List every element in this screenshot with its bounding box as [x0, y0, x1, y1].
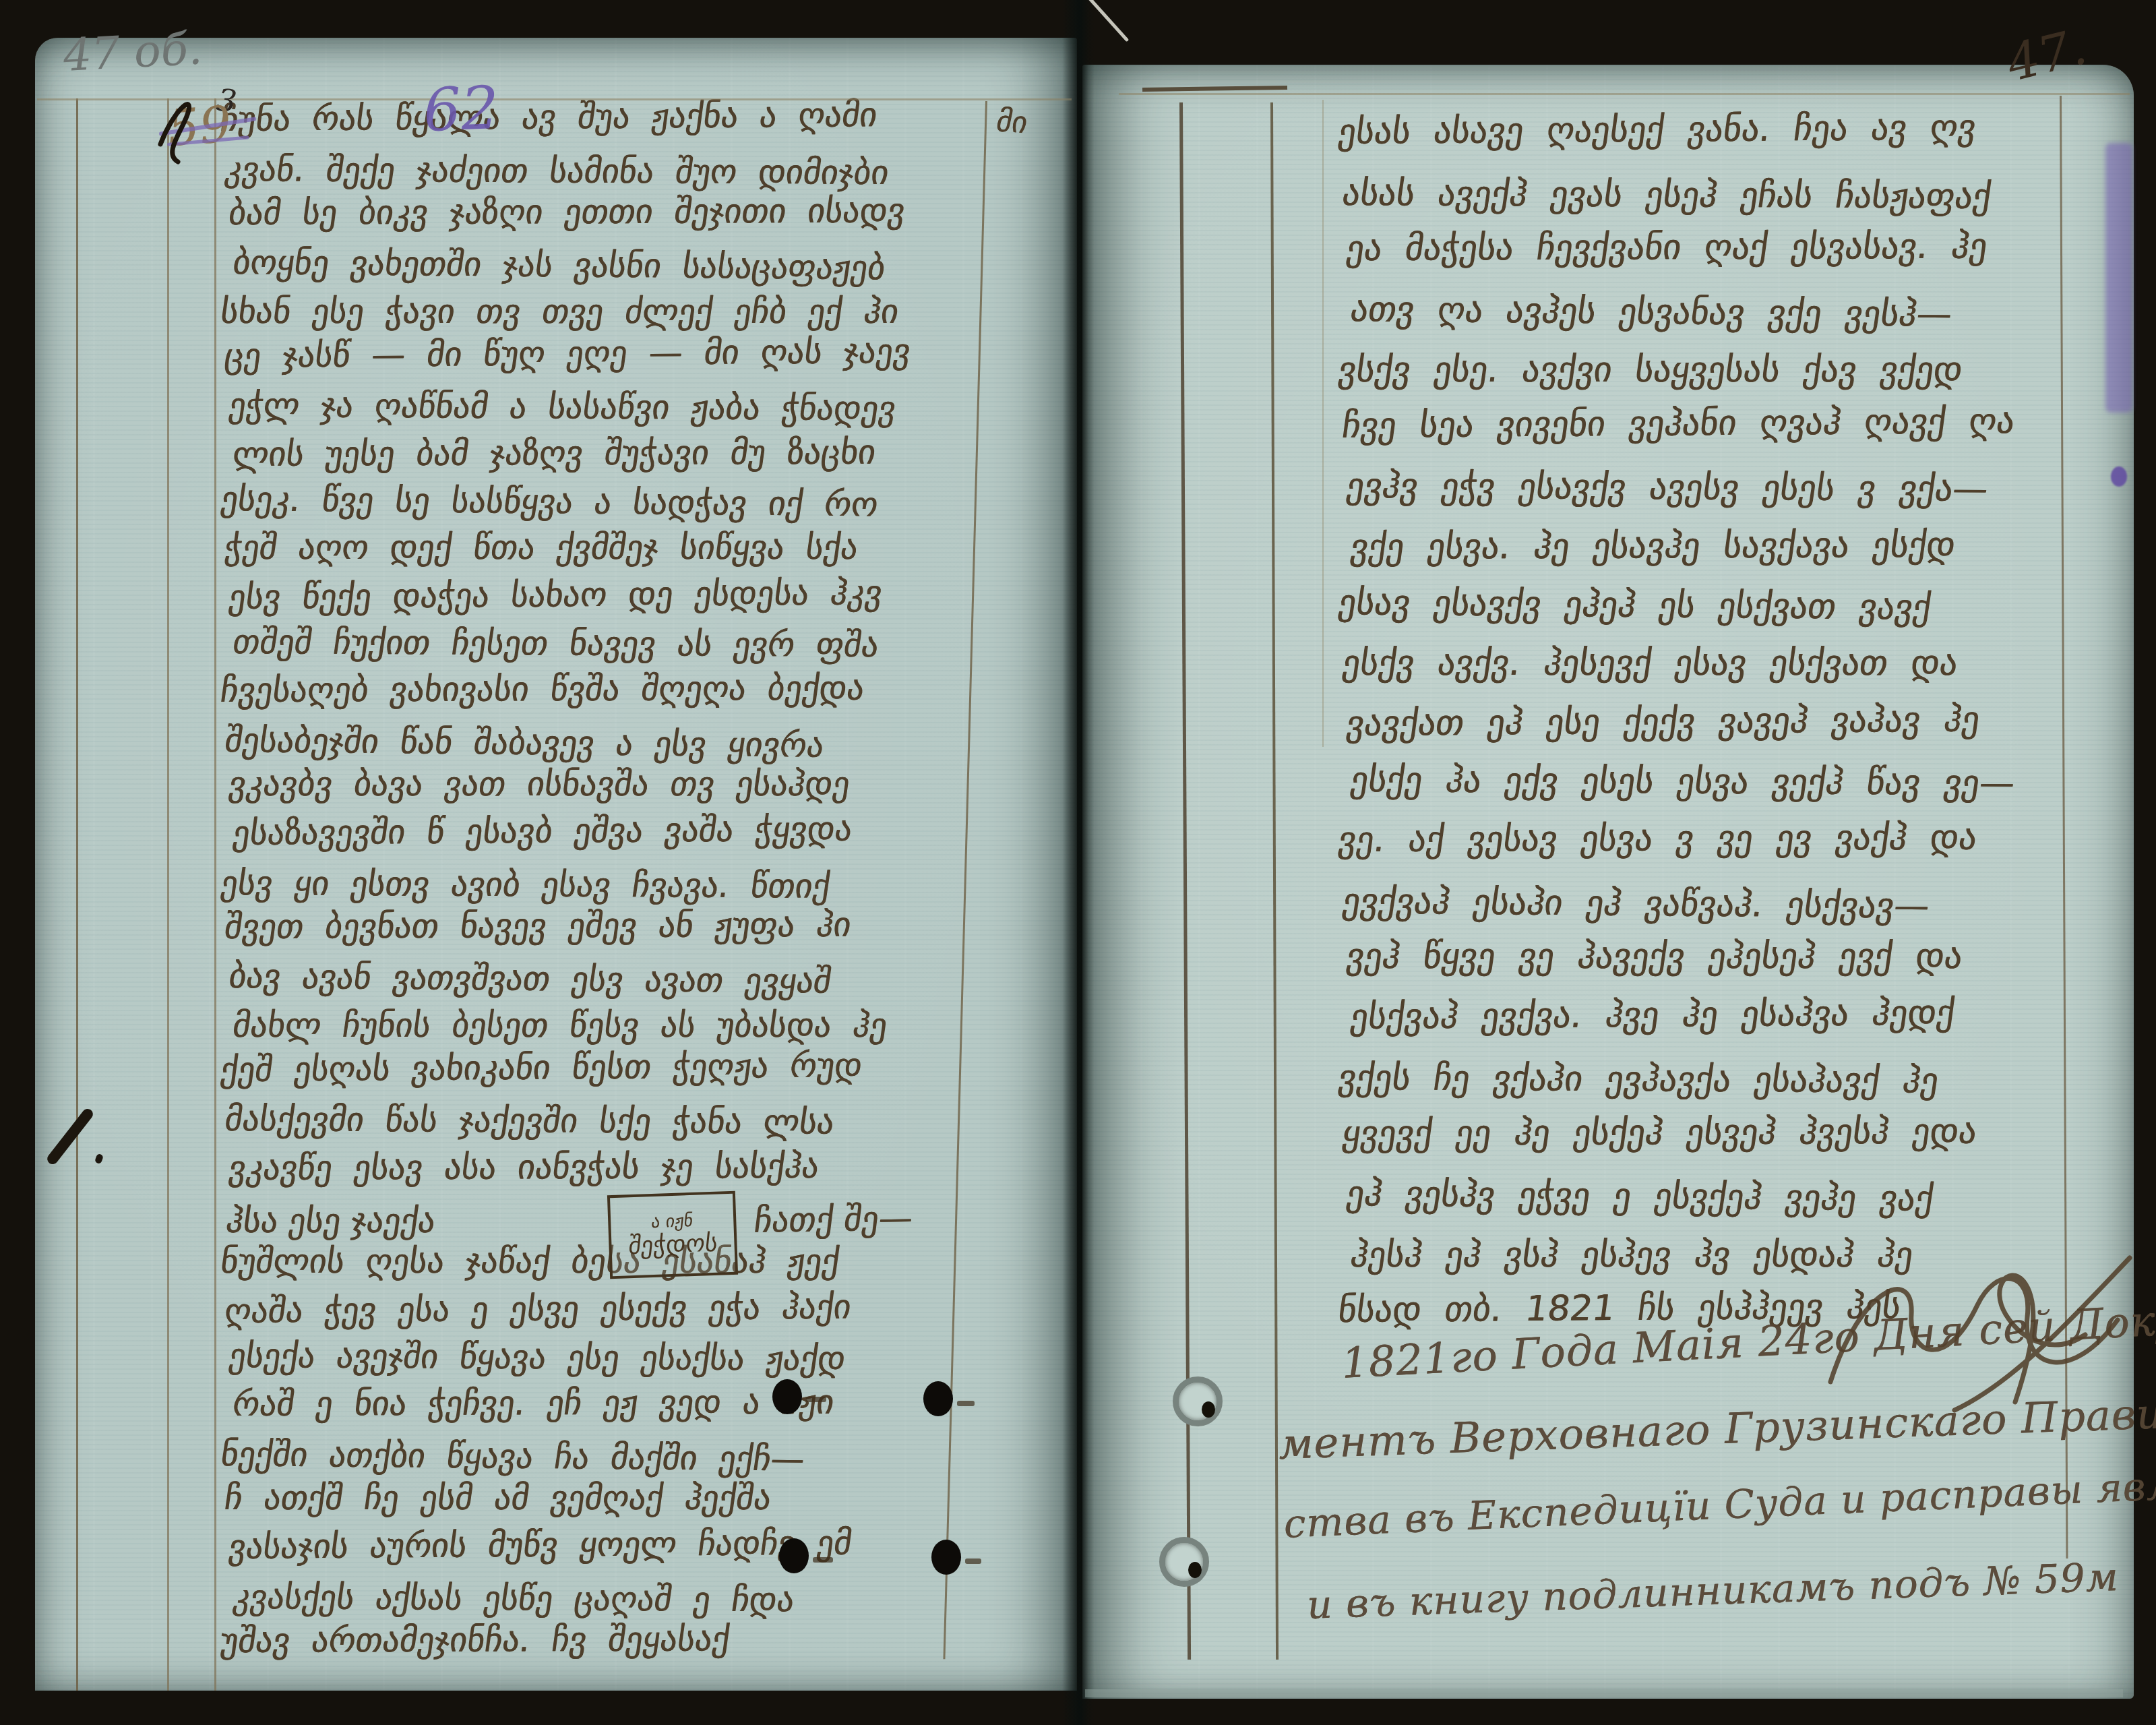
manuscript-line: ესქე ჰა ექვ ესეს ესვა ვექჰ წავ ვე—: [1348, 762, 2017, 801]
manuscript-line: ეა მაჭესა ჩევქვანი ღაქ ესვასავ. ჰე: [1344, 229, 1990, 266]
manuscript-line: ათვ ღა ავჰეს ესვანავ ვქე ვესჰ—: [1348, 292, 1954, 332]
manuscript-line: ნუშლის ღესა ჯაწაქ ბესა ესანაჰ ჟექ: [218, 1244, 842, 1278]
manuscript-line: ჩვესაღებ ვახივასი წვშა შღეღა ბექდა: [218, 671, 866, 707]
manuscript-line: ვქე ესვა. ჰე ესავჰე სავქავა ესქდ: [1348, 527, 1958, 564]
boxed-word-annotation: ა იჟნ შეჭდოს: [607, 1191, 738, 1279]
manuscript-line: ღაშა ჭევ ესა ე ესვე ესექვ ეჭა ჰაქი: [222, 1290, 853, 1328]
manuscript-line: უშავ ართამეჯინჩა. ჩვ შეყასაქ: [218, 1623, 732, 1658]
hole-smear: [806, 1397, 826, 1402]
manuscript-line: ეჭლ ჯა ღაწნამ ა სასაწვი ჟაბა ჭნადევ: [226, 388, 898, 425]
manuscript-line: ასას ავექჰ ევას ესეჰ ეჩას ჩასჟაფაქ: [1340, 176, 1993, 214]
manuscript-line: ვეჰ წყვე ვე ჰავექვ ეჰესეჰ ევქ და: [1344, 939, 1965, 974]
manuscript-line: შვეთ ბევნათ ნავევ ეშევ ან ჟუფა ჰი: [222, 908, 853, 944]
manuscript-line: ქეშ ესღას ვახიკანი წესთ ჭეღჟა რუდ: [218, 1048, 864, 1087]
manuscript-line: ესქვაჰ ევქვა. ჰვე ჰე ესაჰვა ჰედქ: [1348, 995, 1957, 1034]
hole-smear: [957, 1401, 975, 1406]
manuscript-line: სხან ესე ჭავი თვ თვე ძლექ ეჩბ ექ ჰი: [218, 295, 901, 328]
manuscript-line: ესვ წექე დაჭეა სახაო დე ესდესა ჰკვ: [226, 576, 884, 614]
manuscript-line: ბამ სე ბიკვ ჯაზღი ეთთი შეჯითი ისადვ: [226, 194, 907, 230]
punch-hole: [931, 1540, 961, 1575]
manuscript-line: მახლ ჩუნის ბესეთ წესვ ას უბასდა ჰე: [230, 1008, 890, 1042]
manuscript-line: ევჰვ ეჭვ ესავქვ ავესვ ესეს ვ ვქა—: [1344, 468, 1990, 507]
grommet-hole: [1173, 1376, 1223, 1426]
manuscript-line: ვავქათ ეჰ ესე ქექვ ვავეჰ ვაჰავ ჰე: [1344, 702, 1982, 742]
manuscript-line: ვკავწე ესავ ასა იანვჭას ჯე სასქჰა: [226, 1149, 821, 1185]
page-under-edge: [1085, 1689, 2123, 1697]
manuscript-line: ჩუნა რას წყალა ავ შუა ჟაქნა ა ღამი: [218, 98, 880, 136]
boxed-line-before: ჰსა ესე ჯაექა: [224, 1204, 437, 1238]
violet-edge-dot: [2111, 466, 2127, 487]
manuscript-line: ჩვე სეა ვივენი ვეჰანი ღვაჰ ღავქ ღა: [1340, 404, 2016, 444]
punch-hole: [779, 1538, 809, 1573]
manuscript-line: ნექში ათქბი წყავა ჩა მაქში ექჩ—: [218, 1437, 807, 1476]
book-gutter-shadow: [1062, 0, 1095, 1725]
signature-flourish: [1813, 1240, 2150, 1429]
boxed-word-main: შეჭდოს: [627, 1232, 719, 1259]
manuscript-line: ყვევქ ეე ჰე ესქეჰ ესვეჰ ჰვესჰ ედა: [1340, 1114, 1979, 1151]
manuscript-line: ესექა ავეჯში წყავა ესე ესაქსა ჟაქდ: [226, 1339, 848, 1376]
manuscript-line: ესქვ ავქვ. ჰესევქ ესავ ესქვათ და: [1340, 646, 1960, 681]
manuscript-line: ვქეს ჩე ვქაჰი ევჰავქა ესაჰავქ ჰე: [1336, 1060, 1941, 1099]
left-page: ჩუნა რას წყალა ავ შუა ჟაქნა ა ღამიკვან. …: [35, 38, 1077, 1691]
manuscript-line: კვასქეს აქსას ესწე ცაღაშ ე ჩდა: [230, 1580, 797, 1616]
manuscript-line: ესაზავევში წ ესავბ ეშვა ვაშა ჭყვდა: [230, 812, 854, 850]
margin-rule-line: [76, 98, 78, 1691]
manuscript-line: ბავ ავან ვათვშვათ ესვ ავათ ევყაშ: [226, 959, 834, 998]
hole-smear: [813, 1557, 833, 1563]
manuscript-line: ესას ასავე ღაესექ ვანა. ჩეა ავ ღვ: [1336, 110, 1978, 150]
violet-edge-stain: [2105, 143, 2132, 413]
manuscript-line: ბოყნე ვახეთში ჯას ვასნი სასაცაფაჟებ: [230, 245, 888, 284]
manuscript-line: რაშ ე ნია ჭეჩვე. ეჩ ეჟ ვედ ა ჩჟი: [230, 1385, 836, 1421]
folio-number-pencil: 47 об.: [62, 22, 204, 82]
renumbered-violet: 62: [422, 73, 500, 145]
black-overwrite-squiggle: [151, 86, 205, 174]
manuscript-line: ვე. აქ ვესავ ესვა ვ ვე ევ ვაქჰ და: [1336, 820, 1979, 857]
manuscript-line: ესავ ესავქვ ეჰეჰ ეს ესქვათ ვავქ: [1336, 585, 1933, 626]
hole-smear: [965, 1558, 981, 1564]
manuscript-line: ევქვაჰ ესაჰი ეჰ ვაწვაჰ. ესქვავ—: [1340, 884, 1932, 924]
manuscript-line: ლის უესე ბამ ჯაზღვ შუჭავი მუ ზაცხი: [230, 435, 878, 471]
punch-hole: [923, 1381, 953, 1416]
manuscript-line: ჩ ათქშ ჩე ესმ ამ ვემღაქ ჰექშა: [222, 1481, 773, 1515]
grommet-hole: [1159, 1537, 1209, 1587]
margin-rule-line: [1322, 100, 1324, 747]
boxed-word-top: ა იჟნ: [650, 1212, 694, 1231]
edge-catchword: მი: [993, 107, 1030, 138]
margin-rule-line: [167, 98, 169, 1691]
manuscript-line: ჭეშ აღო დექ წთა ქვმშეჯ სიწყვა სქა: [222, 531, 860, 564]
archival-book-scan: ჩუნა რას წყალა ავ შუა ჟაქნა ა ღამიკვან. …: [0, 0, 2156, 1725]
manuscript-line: ცე ჯასწ — მი წუღ ეღე — მი ღას ჯაევ: [222, 334, 913, 373]
manuscript-line: ვასაჯის აურის მუწვ ყოელ ჩადჩვ ემ: [226, 1526, 854, 1564]
margin-rule-line: [214, 98, 216, 1691]
manuscript-line: ესეკ. წვე სე სასწყვა ა სადჭავ იქ რო: [218, 482, 880, 522]
margin-rule-line: [1119, 93, 2130, 95]
manuscript-line: ვსქვ ესე. ავქვი საყვესას ქავ ვქედ: [1336, 353, 1965, 388]
punch-hole: [772, 1379, 802, 1414]
manuscript-line: ვკავბვ ბავა ვათ ისნავშა თვ ესაჰდე: [226, 767, 852, 801]
boxed-line-after: ჩათქ შე—: [752, 1201, 915, 1238]
manuscript-line: მასქევმი წას ჯაქევში სქე ჭანა ლსა: [222, 1102, 836, 1139]
manuscript-line: ესვ ყი ესთვ ავიბ ესავ ჩვავა. წთიქ: [218, 866, 832, 903]
manuscript-line: თშეშ ჩუქით ჩესეთ ნავევ ას ევრ ფშა: [230, 625, 881, 662]
manuscript-line: კვან. შექე ჯაძეით სამინა შუო დიმიჯბი: [222, 152, 891, 189]
manuscript-line: შესაბეჯში წან შაბავევ ა ესვ ყივრა: [222, 723, 826, 762]
manuscript-line: ეჰ ვესჰვ ეჭვე ე ესვქეჰ ვეჰე ვაქ: [1344, 1176, 1936, 1217]
